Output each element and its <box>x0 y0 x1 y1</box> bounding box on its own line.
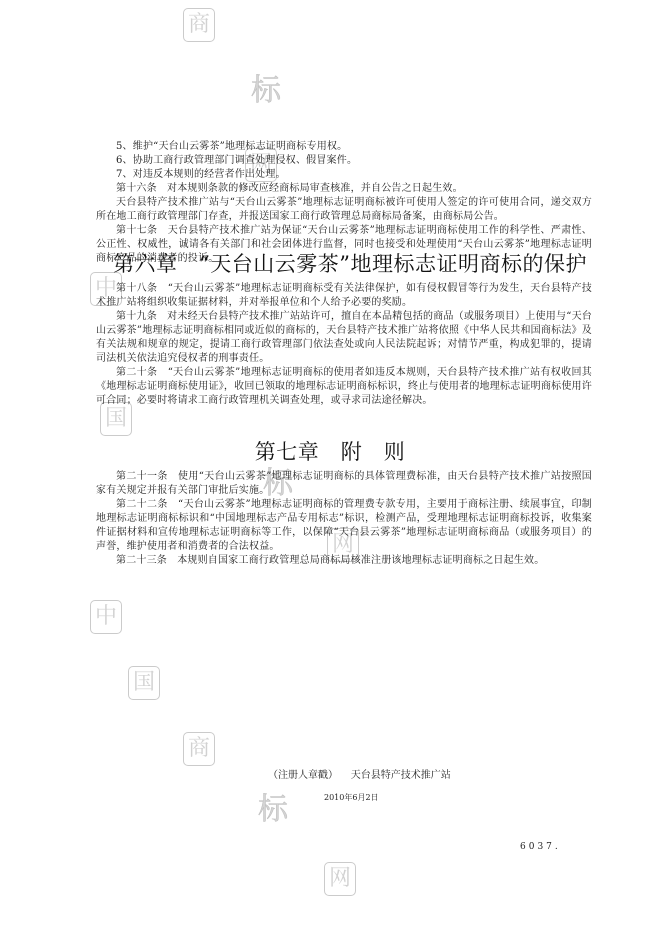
chapter-6-body: 第十八条 “天台山云雾茶”地理标志证明商标受有关法律保护，如有侵权假冒等行为发生… <box>96 282 592 408</box>
page-number: 6037. <box>520 842 561 852</box>
watermark-glyph-icon: 商 <box>183 8 215 42</box>
article-18: 第十八条 “天台山云雾茶”地理标志证明商标受有关法律保护，如有侵权假冒等行为发生… <box>96 282 592 310</box>
chapter-7-heading: 第七章 附 则 <box>0 436 660 466</box>
watermark-glyph-icon: 国 <box>128 666 160 700</box>
article-19: 第十九条 对未经天台县特产技术推广站站许可，擅自在本品精包括的商品（或服务项目）… <box>96 310 592 366</box>
article-16: 第十六条 对本规则条款的修改应经商标局审查核准，并自公告之日起生效。 <box>96 182 592 196</box>
license-filing-paragraph: 天台县特产技术推广站与“天台山云雾茶”地理标志证明商标被许可使用人签定的许可使用… <box>96 196 592 224</box>
chapter-7-body: 第二十一条 使用“天台山云雾茶”地理标志证明商标的具体管理费标准，由天台县特产技… <box>96 470 592 568</box>
document-page: 商标网中国标网中国商标网 5、维护“天台山云雾茶”地理标志证明商标专用权。 6、… <box>0 0 660 943</box>
article-20: 第二十条 “天台山云雾茶”地理标志证明商标的使用者如违反本规则，天台县特产技术推… <box>96 366 592 408</box>
watermark-glyph-icon: 标 <box>257 794 289 828</box>
watermark-glyph-icon: 标 <box>250 75 282 109</box>
list-item: 7、对违反本规则的经营者作出处理。 <box>96 168 592 182</box>
watermark-glyph-icon: 网 <box>324 862 356 896</box>
chapter-6-heading: 第六章 “天台山云雾茶”地理标志证明商标的保护 <box>40 248 660 278</box>
signature-block: （注册人章戳） 天台县特产技术推广站 <box>268 766 451 781</box>
list-item: 5、维护“天台山云雾茶”地理标志证明商标专用权。 <box>96 140 592 154</box>
article-21: 第二十一条 使用“天台山云雾茶”地理标志证明商标的具体管理费标准，由天台县特产技… <box>96 470 592 498</box>
article-23: 第二十三条 本规则自国家工商行政管理总局商标局核准注册该地理标志证明商标之日起生… <box>96 554 592 568</box>
seal-label: （注册人章戳） <box>268 770 338 781</box>
registrant-org: 天台县特产技术推广站 <box>351 770 451 781</box>
list-item: 6、协助工商行政管理部门调查处理侵权、假冒案件。 <box>96 154 592 168</box>
signature-date: 2010年6月2日 <box>324 792 379 803</box>
article-22: 第二十二条 “天台山云雾茶”地理标志证明商标的管理费专款专用，主要用于商标注册、… <box>96 498 592 554</box>
watermark-glyph-icon: 商 <box>183 732 215 766</box>
watermark-glyph-icon: 中 <box>90 600 122 634</box>
